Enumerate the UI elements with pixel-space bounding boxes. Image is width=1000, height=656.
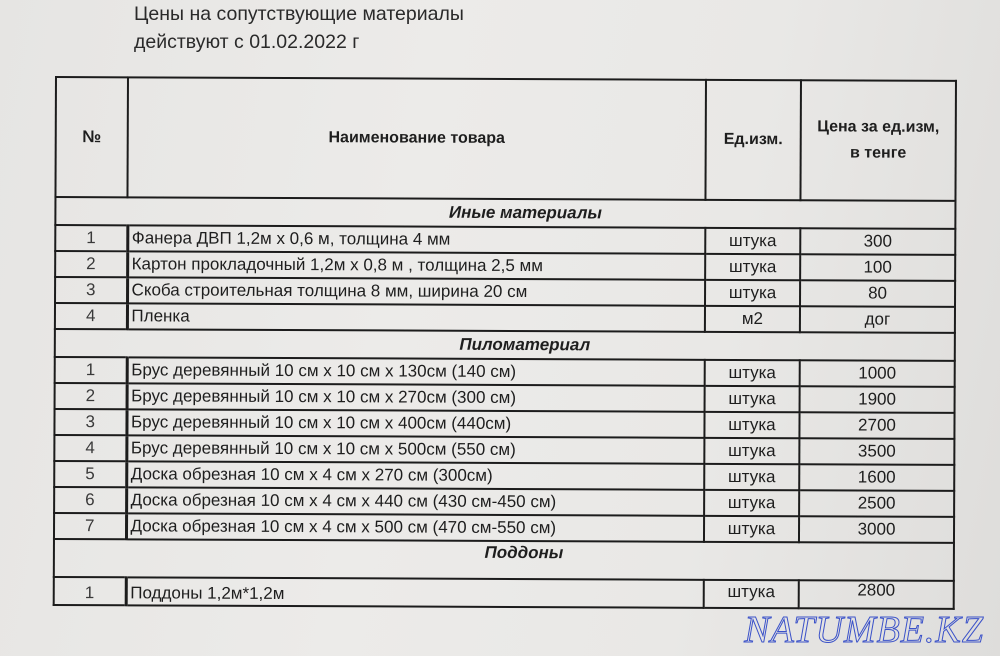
item-price: 3500 xyxy=(799,438,954,465)
row-number: 5 xyxy=(54,461,126,487)
item-name: Брус деревянный 10 см х 10 см х 130см (1… xyxy=(127,357,705,386)
row-number: 3 xyxy=(54,409,126,435)
item-price: 2800 xyxy=(799,580,954,609)
row-number: 4 xyxy=(55,303,127,329)
watermark: NATUMBE.KZ xyxy=(744,608,984,652)
column-header-unit: Ед.изм. xyxy=(705,80,801,200)
item-unit: штука xyxy=(705,386,800,412)
item-unit: штука xyxy=(705,228,800,254)
item-price: 1000 xyxy=(800,360,955,387)
column-header-price-line1: Цена за ед.изм, xyxy=(817,118,939,136)
section-title: Пиломатериал xyxy=(55,329,955,361)
section-header-row: Иные материалы xyxy=(55,197,955,229)
row-number: 2 xyxy=(55,383,127,409)
table-row: 7Доска обрезная 10 см х 4 см х 500 см (4… xyxy=(54,513,954,543)
table-row: 2Картон прокладочный 1,2м х 0,8 м , толщ… xyxy=(55,251,955,281)
section-title: Поддоны xyxy=(54,539,954,581)
item-name: Доска обрезная 10 см х 4 см х 440 см (43… xyxy=(126,487,704,516)
table-row: 3Скоба строительная толщина 8 мм, ширина… xyxy=(55,277,955,307)
item-price: 300 xyxy=(800,228,955,255)
row-number: 4 xyxy=(54,435,126,461)
item-unit: штука xyxy=(705,254,800,280)
item-name: Скоба строительная толщина 8 мм, ширина … xyxy=(127,277,705,306)
table-row: 1Фанера ДВП 1,2м х 0,6 м, толщина 4 ммшт… xyxy=(55,225,955,255)
item-price: 3000 xyxy=(799,516,954,543)
row-number: 6 xyxy=(54,487,126,513)
item-name: Поддоны 1,2м*1,2м xyxy=(126,577,704,608)
table-row: 2Брус деревянный 10 см х 10 см х 270см (… xyxy=(55,383,955,413)
column-header-number: № xyxy=(55,77,128,197)
item-unit: штука xyxy=(704,580,799,608)
item-name: Фанера ДВП 1,2м х 0,6 м, толщина 4 мм xyxy=(127,225,705,254)
item-unit: штука xyxy=(704,516,799,542)
table-row: 4Брус деревянный 10 см х 10 см х 500см (… xyxy=(54,435,954,465)
table-row: 4Пленкам2дог xyxy=(55,303,955,333)
item-unit: штука xyxy=(704,490,799,516)
row-number: 2 xyxy=(55,251,127,277)
heading-title: Цены на сопутствующие материалы xyxy=(134,0,464,28)
document-heading: Цены на сопутствующие материалы действую… xyxy=(134,0,464,56)
row-number: 1 xyxy=(55,357,127,383)
item-name: Брус деревянный 10 см х 10 см х 500см (5… xyxy=(126,435,704,464)
row-number: 1 xyxy=(54,577,126,605)
item-unit: штука xyxy=(705,280,800,306)
item-price: 1600 xyxy=(799,464,954,491)
table-body: Иные материалы1Фанера ДВП 1,2м х 0,6 м, … xyxy=(54,197,956,609)
table-header-row: № Наименование товара Ед.изм. Цена за ед… xyxy=(55,77,956,201)
item-price: дог xyxy=(800,306,955,333)
column-header-name: Наименование товара xyxy=(127,77,706,200)
item-unit: штука xyxy=(705,360,800,386)
table-row: 6Доска обрезная 10 см х 4 см х 440 см (4… xyxy=(54,487,954,517)
item-price: 1900 xyxy=(800,386,955,413)
table-row: 1Брус деревянный 10 см х 10 см х 130см (… xyxy=(55,357,955,387)
table-row: 3Брус деревянный 10 см х 10 см х 400см (… xyxy=(54,409,954,439)
item-name: Доска обрезная 10 см х 4 см х 270 см (30… xyxy=(126,461,704,490)
price-table-container: № Наименование товара Ед.изм. Цена за ед… xyxy=(53,76,957,610)
item-unit: штука xyxy=(704,438,799,464)
item-unit: м2 xyxy=(705,306,800,332)
item-unit: штука xyxy=(704,412,799,438)
item-name: Брус деревянный 10 см х 10 см х 270см (3… xyxy=(127,383,705,412)
item-name: Пленка xyxy=(127,303,705,332)
table-row: 1Поддоны 1,2м*1,2мштука2800 xyxy=(54,577,954,609)
item-name: Доска обрезная 10 см х 4 см х 500 см (47… xyxy=(126,513,704,542)
item-price: 2700 xyxy=(799,412,954,439)
table-row: 5Доска обрезная 10 см х 4 см х 270 см (3… xyxy=(54,461,954,491)
row-number: 3 xyxy=(55,277,127,303)
section-header-row: Пиломатериал xyxy=(55,329,955,361)
heading-effective-date: действуют с 01.02.2022 г xyxy=(134,28,464,56)
item-price: 100 xyxy=(800,254,955,281)
row-number: 1 xyxy=(55,225,127,251)
row-number: 7 xyxy=(54,513,126,539)
column-header-price-line2: в тенге xyxy=(850,144,906,161)
item-price: 2500 xyxy=(799,490,954,517)
item-price: 80 xyxy=(800,280,955,307)
section-title: Иные материалы xyxy=(55,197,955,229)
column-header-price: Цена за ед.изм, в тенге xyxy=(800,80,956,201)
item-name: Брус деревянный 10 см х 10 см х 400см (4… xyxy=(126,409,704,438)
item-name: Картон прокладочный 1,2м х 0,8 м , толщи… xyxy=(127,251,705,280)
section-header-row: Поддоны xyxy=(54,539,954,581)
price-table: № Наименование товара Ед.изм. Цена за ед… xyxy=(53,76,957,610)
item-unit: штука xyxy=(704,464,799,490)
